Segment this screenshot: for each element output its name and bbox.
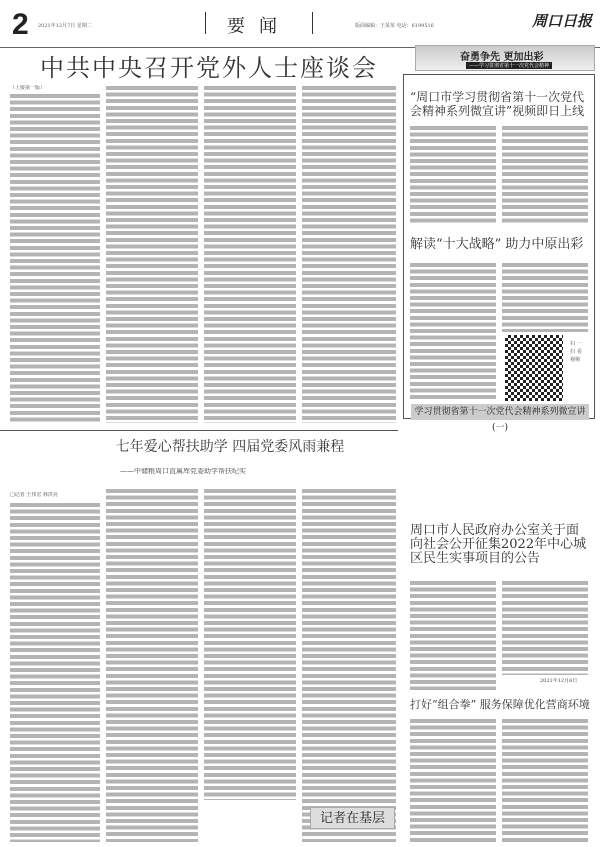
notice-column (410, 580, 496, 690)
issue-date: 2021年12月7日 星期二 (38, 22, 92, 29)
article-column (10, 502, 100, 842)
campaign-banner: 奋勇争先 更加出彩 ——学习贯彻省第十一次党代会精神 (415, 45, 595, 71)
byline: □记者 王伟宏 林洪亮 (10, 492, 100, 499)
banner-subtitle: ——学习贯彻省第十一次党代会精神 (466, 62, 552, 69)
feature-column (502, 262, 588, 332)
qr-code[interactable] (505, 335, 563, 401)
feature-column (410, 262, 496, 400)
second-headline: 七年爱心帮扶助学 四届党委风雨兼程 (80, 440, 380, 454)
notice-headline: 周口市人民政府办公室关于面向社会公开征集2022年中心城区民生实事项目的公告 (410, 524, 590, 566)
article-column (106, 488, 198, 842)
article-column (302, 85, 396, 423)
article-column (204, 85, 296, 423)
dateline: （上接第一版） (10, 85, 100, 92)
column-tag: 记者在基层 (310, 807, 395, 829)
article-column (502, 718, 588, 842)
main-headline: 中共中央召开党外人士座谈会 (40, 48, 378, 83)
notice-column (502, 580, 588, 675)
second-subheadline: ——中储粮周口直属库党委助学帮扶纪实 (120, 468, 360, 475)
article-column (204, 488, 296, 800)
third-headline: 打好“组合拳” 服务保障优化营商环境 (410, 698, 595, 712)
qr-caption: 扫一扫 看视频 (570, 340, 582, 364)
page-header: 2 2021年12月7日 星期二 要闻 版面编辑：王某某 电话：6199516 … (0, 0, 600, 48)
page-number: 2 (12, 8, 29, 42)
feature-subheadline: 解读“十大战略” 助力中原出彩 (410, 238, 590, 252)
feature-headline: “周口市学习贯彻省第十一次党代会精神系列微宣讲”视频即日上线 (410, 90, 590, 118)
feature-column (502, 125, 588, 225)
editor-info: 版面编辑：王某某 电话：6199516 (355, 22, 434, 29)
feature-column (410, 125, 496, 225)
notice-date: 2021年12月6日 (540, 678, 590, 685)
article-column (302, 488, 396, 842)
banner-title: 奋勇争先 更加出彩 (460, 48, 543, 63)
section-title: 要闻 (205, 12, 313, 34)
masthead-logo: 周口日报 (532, 10, 592, 31)
series-title: 学习贯彻省第十一次党代会精神系列微宣讲(一) (411, 404, 589, 420)
divider (0, 430, 398, 431)
article-column (410, 718, 496, 842)
article-column (10, 93, 100, 423)
article-column (106, 85, 198, 423)
